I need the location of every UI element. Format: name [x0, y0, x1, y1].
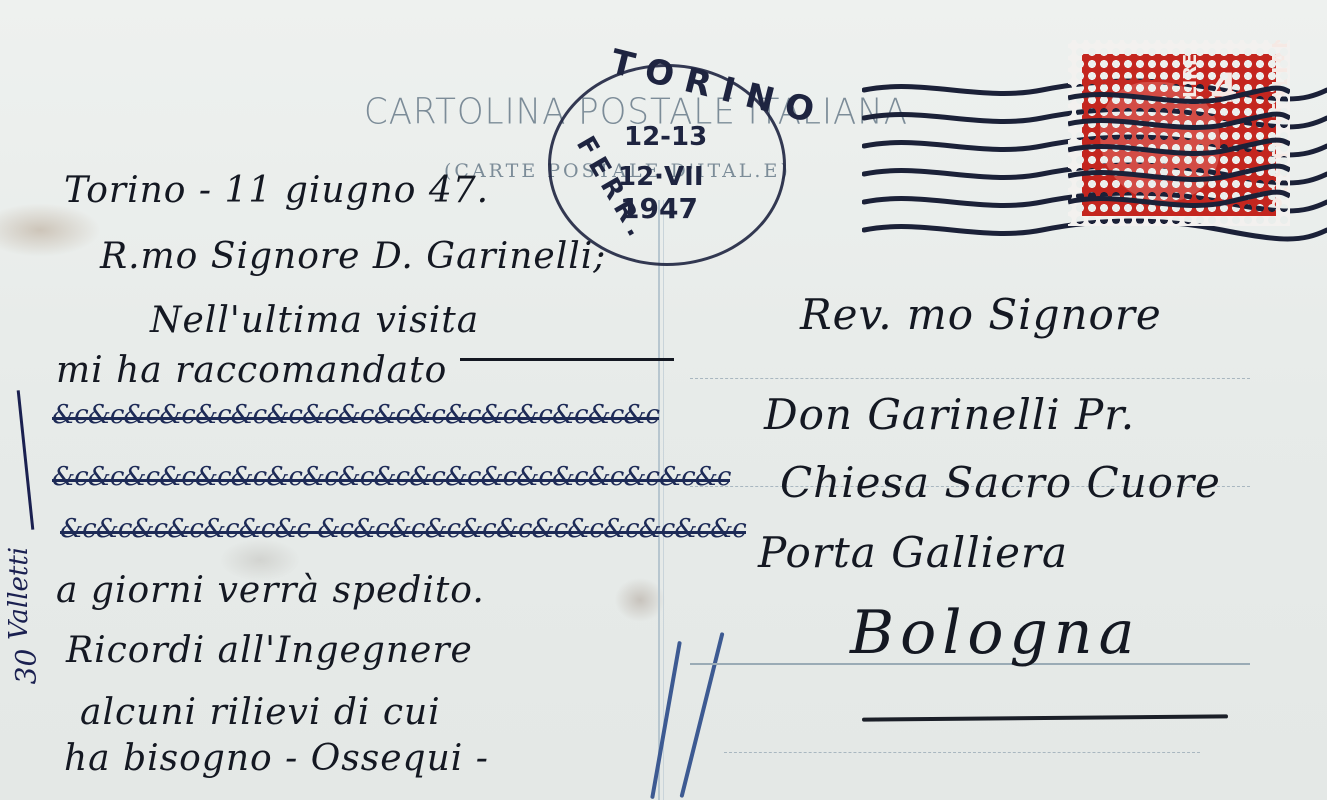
message-date-line: Torino - 11 giugno 47. — [64, 170, 489, 211]
margin-mark: 30 — [9, 649, 42, 685]
address-recipient: Don Garinelli Pr. — [764, 390, 1135, 439]
address-street: Porta Galliera — [758, 528, 1068, 577]
struck-out-line: &c&c&c&c&c&c&c&c&c&c&c&c&c&c&c&c&c&c&c — [52, 462, 730, 492]
message-line: mi ha raccomandato — [56, 350, 447, 391]
postmark: TORINO FERR. 12-13 12·VII 1947 — [548, 64, 788, 264]
margin-bracket — [17, 390, 35, 530]
blue-pencil-stroke — [650, 641, 682, 799]
address-city: Bologna — [850, 598, 1140, 668]
postmark-year: 1947 — [620, 192, 698, 225]
message-line: Ricordi all'Ingegnere — [66, 630, 473, 671]
message-line: alcuni rilievi di cui — [80, 692, 441, 733]
message-closing: ha bisogno - Ossequi - — [64, 738, 489, 779]
address-guide-line — [690, 378, 1250, 379]
message-underline — [460, 358, 674, 361]
address-honorific: Rev. mo Signore — [800, 290, 1162, 339]
postcard-back: CARTOLINA POSTALE ITALIANA (CARTE POSTAL… — [0, 0, 1327, 800]
margin-note: Valletti — [4, 547, 34, 640]
address-church: Chiesa Sacro Cuore — [780, 458, 1221, 507]
struck-out-line: &c&c&c&c&c&c&c &c&c&c&c&c&c&c&c&c&c&c&c — [60, 514, 746, 544]
address-underline — [862, 714, 1228, 721]
postmark-day: 12·VII — [618, 162, 704, 192]
postmark-hour: 12-13 — [624, 122, 707, 152]
blue-pencil-stroke — [679, 632, 724, 798]
message-line: a giorni verrà spedito. — [56, 570, 485, 611]
address-guide-line — [724, 752, 1200, 753]
stamp-cancel-lines — [1068, 40, 1290, 226]
center-divider — [658, 200, 660, 800]
message-line: Nell'ultima visita — [150, 300, 479, 341]
message-salutation: R.mo Signore D. Garinelli; — [100, 236, 606, 277]
struck-out-line: &c&c&c&c&c&c&c&c&c&c&c&c&c&c&c&c&c — [52, 400, 659, 430]
center-divider-secondary — [663, 200, 664, 800]
